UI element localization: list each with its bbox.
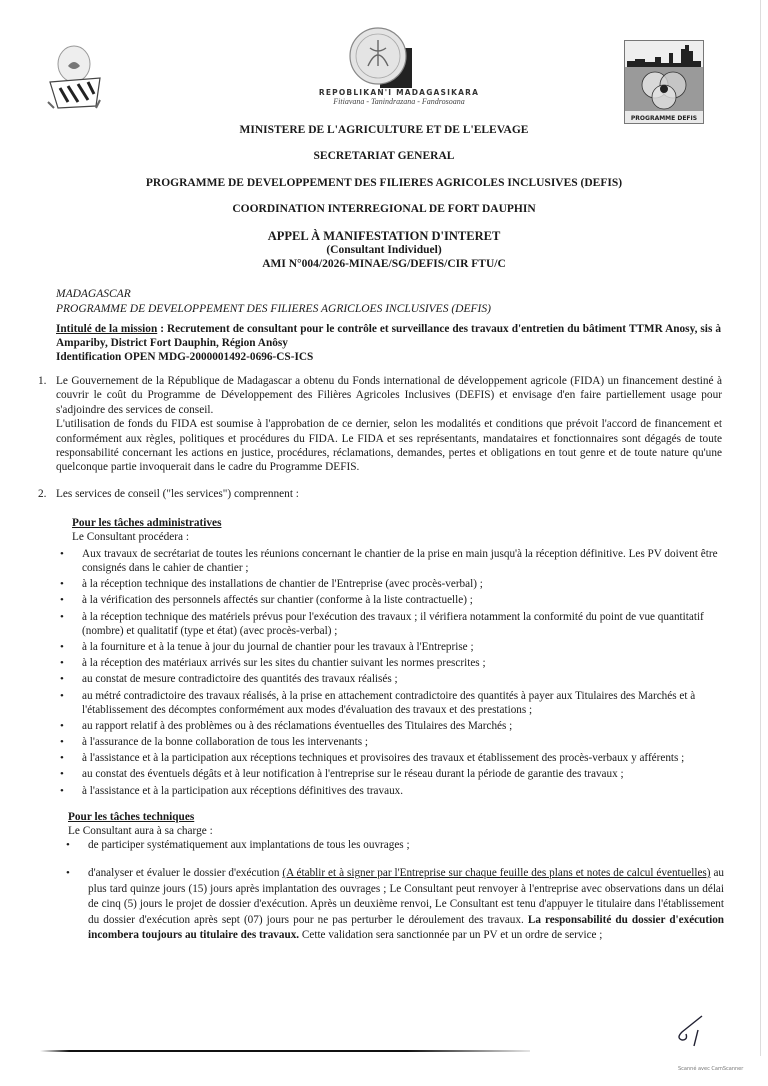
document-title: APPEL À MANIFESTATION D'INTERET — [0, 229, 768, 244]
list-item: •à l'assurance de la bonne collaboration… — [58, 735, 722, 749]
bullet-icon: • — [60, 593, 64, 607]
bullet-icon: • — [66, 838, 70, 852]
bullet-icon: • — [60, 735, 64, 749]
admin-tasks-lead: Le Consultant procédera : — [72, 530, 722, 544]
coordination-heading: COORDINATION INTERREGIONAL DE FORT DAUPH… — [0, 203, 768, 215]
mission-label: Intitulé de la mission — [56, 323, 157, 335]
programme-heading: PROGRAMME DE DEVELOPPEMENT DES FILIERES … — [0, 177, 768, 189]
defis-logo-caption: PROGRAMME DEFIS — [625, 115, 703, 122]
section-2-number: 2. — [38, 487, 46, 501]
bullet-icon: • — [60, 689, 64, 703]
bullet-icon: • — [60, 577, 64, 591]
bullet-icon: • — [60, 547, 64, 561]
tech-tasks-title: Pour les tâches techniques — [68, 810, 718, 824]
list-item: •à l'assistance et à la participation au… — [58, 751, 722, 765]
tech-item-2-underlined: (A établir et à signer par l'Entreprise … — [282, 867, 710, 879]
admin-tasks-header: Pour les tâches administratives Le Consu… — [72, 516, 722, 544]
document-reference: AMI N°004/2026-MINAE/SG/DEFIS/CIR FTU/C — [0, 258, 768, 270]
defis-programme-logo: PROGRAMME DEFIS — [624, 40, 704, 124]
bullet-icon: • — [60, 672, 64, 686]
admin-task-text: à la fourniture et à la tenue à jour du … — [82, 641, 474, 653]
admin-task-text: au constat des éventuels dégâts et à leu… — [82, 768, 624, 780]
tech-item-1-text: de participer systématiquement aux impla… — [88, 839, 410, 851]
bullet-icon: • — [60, 640, 64, 654]
tech-tasks-header: Pour les tâches techniques Le Consultant… — [68, 810, 718, 838]
list-item: •à la réception technique des matériels … — [58, 610, 722, 638]
admin-task-text: à l'assurance de la bonne collaboration … — [82, 736, 368, 748]
admin-task-text: à la vérification des personnels affecté… — [82, 594, 473, 606]
section-2-intro: Les services de conseil ("les services")… — [56, 487, 722, 501]
tech-item-2-part1: d'analyser et évaluer le dossier d'exécu… — [88, 867, 282, 879]
admin-tasks-list: •Aux travaux de secrétariat de toutes le… — [58, 547, 722, 800]
list-item: •à la réception technique des installati… — [58, 577, 722, 591]
intro-programme: PROGRAMME DE DEVELOPPEMENT DES FILIERES … — [56, 302, 491, 317]
list-item: •à la vérification des personnels affect… — [58, 593, 722, 607]
admin-task-text: à la réception technique des installatio… — [82, 578, 483, 590]
bullet-icon: • — [60, 719, 64, 733]
list-item: • de participer systématiquement aux imp… — [64, 838, 724, 852]
list-item: •au constat des éventuels dégâts et à le… — [58, 767, 722, 781]
list-item: • d'analyser et évaluer le dossier d'exé… — [64, 866, 724, 944]
list-item: •au métré contradictoire des travaux réa… — [58, 689, 722, 717]
section-2: 2. Les services de conseil ("les service… — [38, 487, 722, 501]
bullet-icon: • — [60, 610, 64, 624]
list-item: •à la fourniture et à la tenue à jour du… — [58, 640, 722, 654]
secretariat-heading: SECRETARIAT GENERAL — [0, 150, 768, 162]
admin-task-text: à l'assistance et à la participation aux… — [82, 752, 684, 764]
page-right-edge — [760, 0, 761, 1056]
list-item: •à l'assistance et à la participation au… — [58, 784, 722, 798]
tech-item-2-part3: Cette validation sera sanctionnée par un… — [299, 929, 602, 941]
list-item: •au rapport relatif à des problèmes ou à… — [58, 719, 722, 733]
intro-block: MADAGASCAR PROGRAMME DE DEVELOPPEMENT DE… — [56, 287, 491, 317]
section-1-paragraph-1: Le Gouvernement de la République de Mada… — [56, 374, 722, 417]
document-subtitle: (Consultant Individuel) — [0, 244, 768, 256]
madagascar-seal-icon — [340, 26, 416, 92]
mission-identification: Identification OPEN MDG-2000001492-0696-… — [56, 350, 721, 364]
signature-initials-icon — [672, 1010, 712, 1050]
admin-task-text: au constat de mesure contradictoire des … — [82, 673, 398, 685]
page-edge-line — [40, 1050, 530, 1052]
ministry-heading: MINISTERE DE L'AGRICULTURE ET DE L'ELEVA… — [0, 124, 768, 136]
defis-programme-logo-icon — [625, 41, 703, 111]
admin-task-text: à l'assistance et à la participation aux… — [82, 785, 403, 797]
list-item: •Aux travaux de secrétariat de toutes le… — [58, 547, 722, 575]
tech-tasks-lead: Le Consultant aura à sa charge : — [68, 824, 718, 838]
section-1: 1. Le Gouvernement de la République de M… — [38, 374, 722, 475]
admin-task-text: à la réception technique des matériels p… — [82, 611, 704, 637]
section-1-paragraph-2: L'utilisation de fonds du FIDA est soumi… — [56, 417, 722, 475]
scanner-note: Scanné avec CamScanner — [678, 1066, 743, 1072]
intro-country: MADAGASCAR — [56, 287, 491, 302]
mission-block: Intitulé de la mission : Recrutement de … — [56, 322, 721, 365]
admin-task-text: à la réception des matériaux arrivés sur… — [82, 657, 486, 669]
bullet-icon: • — [60, 767, 64, 781]
admin-task-text: au rapport relatif à des problèmes ou à … — [82, 720, 512, 732]
bullet-icon: • — [60, 656, 64, 670]
document-page: REPOBLIKAN'I MADAGASIKARA Fitiavana - Ta… — [0, 0, 768, 1086]
admin-task-text: Aux travaux de secrétariat de toutes les… — [82, 548, 718, 574]
bullet-icon: • — [60, 751, 64, 765]
bullet-icon: • — [66, 866, 70, 882]
admin-task-text: au métré contradictoire des travaux réal… — [82, 690, 695, 716]
bullet-icon: • — [60, 784, 64, 798]
admin-tasks-title: Pour les tâches administratives — [72, 516, 722, 530]
list-item: •à la réception des matériaux arrivés su… — [58, 656, 722, 670]
section-1-number: 1. — [38, 374, 46, 388]
list-item: •au constat de mesure contradictoire des… — [58, 672, 722, 686]
mission-separator: : — [157, 323, 167, 335]
tech-tasks-list: • de participer systématiquement aux imp… — [64, 838, 724, 958]
